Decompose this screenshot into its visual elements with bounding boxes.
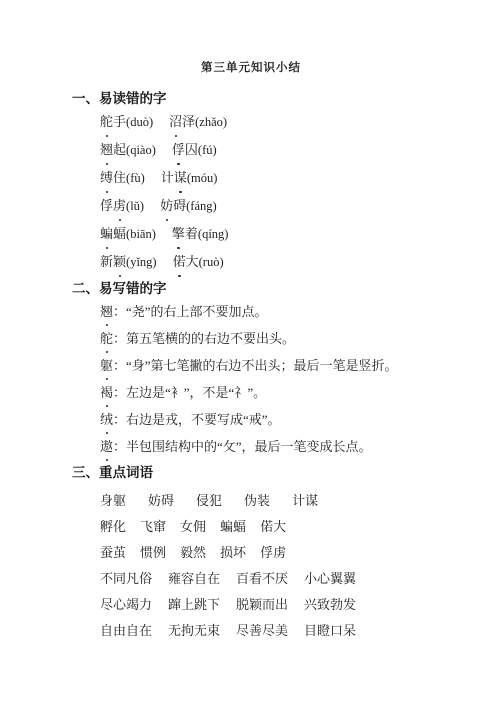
word: 惯例 <box>140 540 166 566</box>
word: 目瞪口呆 <box>304 618 356 644</box>
character-emphasized: 缚 <box>100 164 113 192</box>
note-row: 绒：右边是戎，不要写成“戒”。 <box>100 406 430 433</box>
pinyin-label: (fáng) <box>186 199 217 213</box>
word: 脱颖而出 <box>236 592 288 618</box>
word-row: 缚住(fù)计谋(móu) <box>100 164 430 192</box>
word: 蹿上跳下 <box>168 592 220 618</box>
word: 百看不厌 <box>236 566 288 592</box>
character-emphasized: 颖 <box>113 248 126 276</box>
section-easily-miswritten: 二、易写错的字 翘：“尧”的右上部不要加点。舵：第五笔横的的右边不要出头。躯：“… <box>72 280 430 460</box>
word: 雍容自在 <box>168 566 220 592</box>
character: 蝠 <box>113 220 126 248</box>
character-emphasized: 翘 <box>100 136 113 164</box>
note-row: 躯：“身”第七笔撇的右边不出头；最后一笔是竖折。 <box>100 352 430 379</box>
word: 飞窜 <box>140 514 166 540</box>
word-group: 擎着(qíng) <box>172 220 229 248</box>
doc-title: 第三单元知识小结 <box>72 60 430 76</box>
word: 侵犯 <box>196 488 222 514</box>
pinyin-label: (fù) <box>126 171 145 185</box>
character-emphasized: 擎 <box>172 220 185 248</box>
character: 起 <box>113 136 126 164</box>
pinyin-label: (yǐng) <box>126 255 157 269</box>
word: 自由自在 <box>100 618 152 644</box>
word-group: 舵手(duò) <box>100 108 153 136</box>
character-emphasized: 谋 <box>174 164 187 192</box>
pinyin-label: (móu) <box>187 171 218 185</box>
character-emphasized: 俘 <box>172 136 185 164</box>
words-row: 身躯妨碍侵犯伪装计谋 <box>100 488 430 514</box>
words-row: 尽心竭力蹿上跳下脱颖而出兴致勃发 <box>100 592 430 618</box>
word: 女佣 <box>180 514 206 540</box>
pinyin-label: (biān) <box>126 227 156 241</box>
pinyin-label: (duò) <box>126 115 153 129</box>
section-easily-misread: 一、易读错的字 舵手(duò)沼泽(zhǎo)翘起(qiào)俘囚(fú)缚住(… <box>72 90 430 276</box>
character: 手 <box>113 108 126 136</box>
word: 蝙蝠 <box>220 514 246 540</box>
character: 着 <box>185 220 198 248</box>
miswritten-note-list: 翘：“尧”的右上部不要加点。舵：第五笔横的的右边不要出头。躯：“身”第七笔撇的右… <box>72 298 430 460</box>
word-row: 新颖(yǐng)偌大(ruò) <box>100 248 430 276</box>
character-emphasized: 舵 <box>100 108 113 136</box>
word: 毅然 <box>180 540 206 566</box>
word-group: 新颖(yǐng) <box>100 248 157 276</box>
note-text: ：第五笔横的的右边不要出头。 <box>113 331 295 346</box>
character-emphasized: 绒 <box>100 406 113 433</box>
character-emphasized: 躯 <box>100 352 113 379</box>
word-row: 翘起(qiào)俘囚(fú) <box>100 136 430 164</box>
words-row: 蚕茧惯例毅然损坏俘虏 <box>100 540 430 566</box>
character-emphasized: 翘 <box>100 298 113 325</box>
note-text: ：“身”第七笔撇的右边不出头；最后一笔是竖折。 <box>113 358 398 373</box>
word-group: 蝙蝠(biān) <box>100 220 156 248</box>
word-group: 翘起(qiào) <box>100 136 156 164</box>
character: 俘 <box>100 192 113 220</box>
word: 身躯 <box>100 488 126 514</box>
word-group: 俘虏(lǔ) <box>100 192 144 220</box>
word: 蚕茧 <box>100 540 126 566</box>
words-row: 自由自在无拘无束尽善尽美目瞪口呆 <box>100 618 430 644</box>
word: 损坏 <box>220 540 246 566</box>
word-group: 沼泽(zhǎo) <box>169 108 227 136</box>
word-row: 俘虏(lǔ)妨碍(fáng) <box>100 192 430 220</box>
note-row: 翘：“尧”的右上部不要加点。 <box>100 298 430 325</box>
note-text: ：左边是“衤”，不是“礻”。 <box>113 385 266 400</box>
character-emphasized: 偌 <box>173 248 186 276</box>
word-row: 舵手(duò)沼泽(zhǎo) <box>100 108 430 136</box>
word: 小心翼翼 <box>304 566 356 592</box>
word: 尽心竭力 <box>100 592 152 618</box>
misread-word-list: 舵手(duò)沼泽(zhǎo)翘起(qiào)俘囚(fú)缚住(fù)计谋(mó… <box>72 108 430 276</box>
word: 尽善尽美 <box>236 618 288 644</box>
character-emphasized: 妨 <box>160 192 173 220</box>
note-row: 遨：半包围结构中的“攵”，最后一笔变成长点。 <box>100 433 430 460</box>
character-emphasized: 褐 <box>100 379 113 406</box>
character-emphasized: 虏 <box>113 192 126 220</box>
words-row: 不同凡俗雍容自在百看不厌小心翼翼 <box>100 566 430 592</box>
words-row: 孵化飞窜女佣蝙蝠偌大 <box>100 514 430 540</box>
note-text: ：右边是戎，不要写成“戒”。 <box>113 412 281 427</box>
document-page: 第三单元知识小结 一、易读错的字 舵手(duò)沼泽(zhǎo)翘起(qiào)… <box>0 0 500 707</box>
pinyin-label: (zhǎo) <box>195 115 227 129</box>
key-word-list: 身躯妨碍侵犯伪装计谋孵化飞窜女佣蝙蝠偌大蚕茧惯例毅然损坏俘虏不同凡俗雍容自在百看… <box>72 488 430 644</box>
word: 计谋 <box>292 488 318 514</box>
word-group: 妨碍(fáng) <box>160 192 217 220</box>
word: 伪装 <box>244 488 270 514</box>
note-text: ：“尧”的右上部不要加点。 <box>113 304 268 319</box>
character-emphasized: 沼 <box>169 108 182 136</box>
note-text: ：半包围结构中的“攵”，最后一笔变成长点。 <box>113 439 372 454</box>
word: 俘虏 <box>260 540 286 566</box>
character-emphasized: 蝙 <box>100 220 113 248</box>
word-group: 计谋(móu) <box>161 164 218 192</box>
word: 兴致勃发 <box>304 592 356 618</box>
character: 泽 <box>182 108 195 136</box>
word: 偌大 <box>260 514 286 540</box>
character-emphasized: 遨 <box>100 433 113 460</box>
section-3-heading: 三、重点词语 <box>72 464 430 482</box>
word: 无拘无束 <box>168 618 220 644</box>
pinyin-label: (fú) <box>198 143 217 157</box>
word-group: 偌大(ruò) <box>173 248 224 276</box>
character-emphasized: 舵 <box>100 325 113 352</box>
word-row: 蝙蝠(biān)擎着(qíng) <box>100 220 430 248</box>
character: 大 <box>186 248 199 276</box>
section-2-heading: 二、易写错的字 <box>72 280 430 298</box>
pinyin-label: (qíng) <box>198 227 229 241</box>
pinyin-label: (lǔ) <box>126 199 144 213</box>
section-key-words: 三、重点词语 身躯妨碍侵犯伪装计谋孵化飞窜女佣蝙蝠偌大蚕茧惯例毅然损坏俘虏不同凡… <box>72 464 430 644</box>
section-1-heading: 一、易读错的字 <box>72 90 430 108</box>
word: 孵化 <box>100 514 126 540</box>
word: 不同凡俗 <box>100 566 152 592</box>
pinyin-label: (ruò) <box>199 255 224 269</box>
note-row: 褐：左边是“衤”，不是“礻”。 <box>100 379 430 406</box>
character: 住 <box>113 164 126 192</box>
character: 碍 <box>173 192 186 220</box>
word-group: 缚住(fù) <box>100 164 145 192</box>
character: 新 <box>100 248 113 276</box>
word: 妨碍 <box>148 488 174 514</box>
character: 囚 <box>185 136 198 164</box>
pinyin-label: (qiào) <box>126 143 156 157</box>
word-group: 俘囚(fú) <box>172 136 217 164</box>
character: 计 <box>161 164 174 192</box>
note-row: 舵：第五笔横的的右边不要出头。 <box>100 325 430 352</box>
